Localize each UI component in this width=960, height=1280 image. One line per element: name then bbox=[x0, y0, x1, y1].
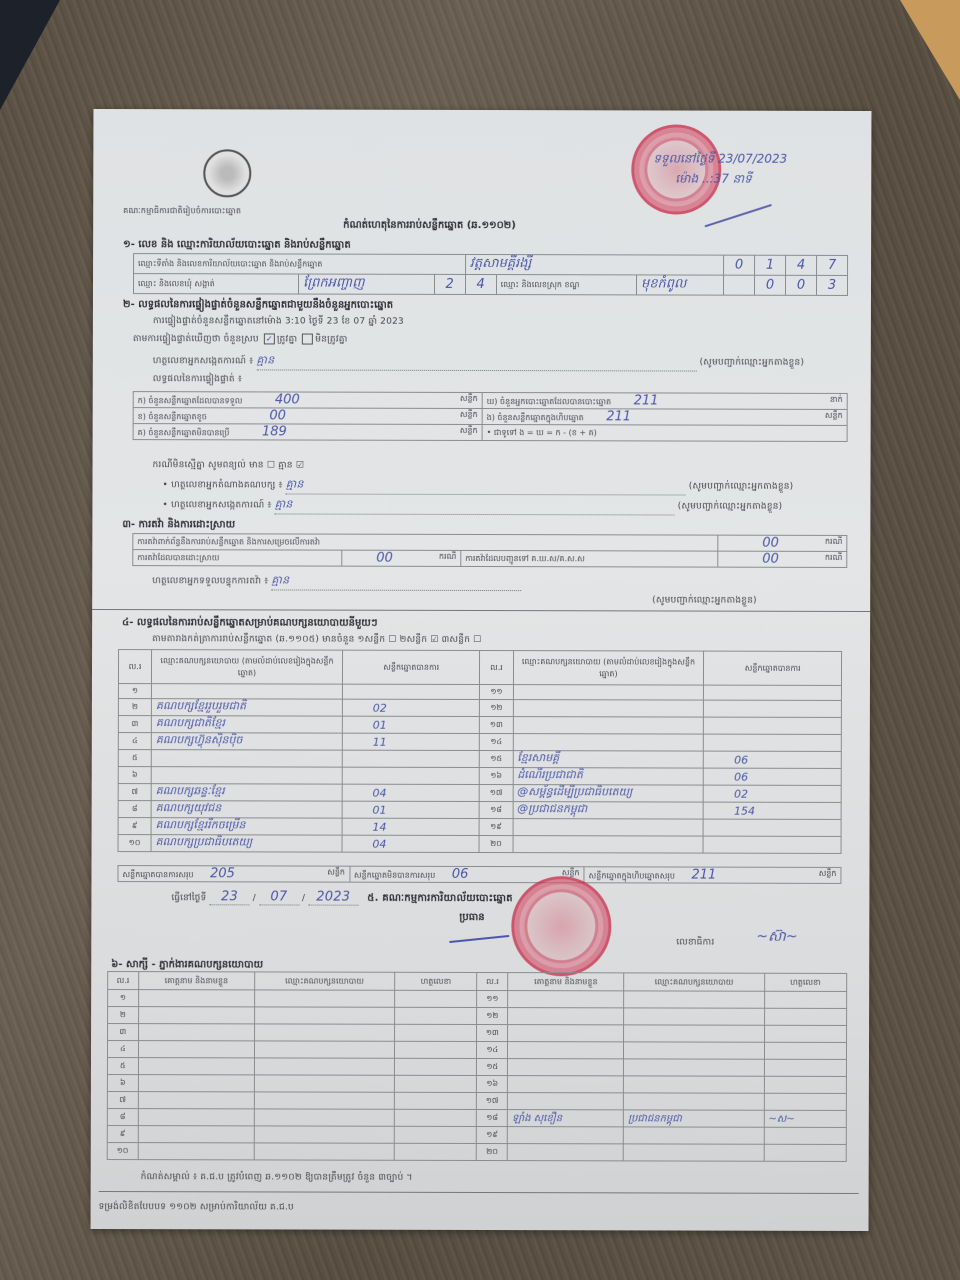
table-row: ៧គណបក្សឆន្ទៈខ្មែរ04១៧@សម្ព័ន្ធដើម្បីប្រជ… bbox=[118, 784, 841, 803]
total-ballots-label: សន្លឹកឆ្នោតក្នុងហិបឆ្នោតសរុប bbox=[589, 871, 675, 880]
party-name: គណបក្សជាតិខ្មែរ bbox=[151, 716, 342, 733]
row-number: ៥ bbox=[107, 1058, 138, 1075]
district-label: ឈ្មោះ និងលេខស្រុក ខណ្ឌ bbox=[496, 275, 636, 295]
verification-intro: លទ្ធផលនៃការផ្ទៀងផ្ទាត់ ៖ bbox=[153, 373, 242, 386]
witness-sign bbox=[764, 1042, 846, 1059]
row-number: ៣ bbox=[118, 716, 151, 733]
party-votes: 02 bbox=[704, 785, 842, 802]
committee-stamp-icon bbox=[511, 876, 611, 976]
col-header-votes: សន្លឹកឆ្នោតបានការ bbox=[342, 650, 480, 684]
commune-code-digit: 2 bbox=[434, 274, 465, 294]
witness-name bbox=[138, 1024, 254, 1041]
row-number: ១០ bbox=[118, 835, 151, 852]
witness-name bbox=[507, 1144, 623, 1161]
party-votes bbox=[342, 684, 480, 699]
count-row-c: គ) ចំនួនសន្លឹកឆ្នោតមិនបានប្រើ 189 សន្លឹក bbox=[133, 424, 482, 441]
col-header-sign: ហត្ថលេខា bbox=[764, 973, 846, 991]
witness-sign bbox=[764, 1059, 846, 1076]
commune-label: ឈ្មោះ និងលេខឃុំ សង្កាត់ bbox=[133, 274, 298, 294]
row-number: ១៧ bbox=[477, 1092, 508, 1109]
party-votes: 02 bbox=[342, 699, 480, 716]
complaints-table: ការតវ៉ាពាក់ព័ន្ធនឹងការរាប់សន្លឹកឆ្នោត និ… bbox=[132, 533, 847, 568]
date-label: ធ្វើនៅថ្ងៃទី bbox=[171, 893, 206, 903]
witness-name bbox=[508, 1076, 624, 1093]
observer2-sign-line: • ហត្ថលេខាអ្នកសង្កេតការណ៍ ៖ គ្មាន (សូមបញ… bbox=[162, 497, 842, 516]
complaint-row1-value-cell: 00 ករណី bbox=[718, 535, 847, 551]
row-number: ៨ bbox=[118, 801, 151, 818]
table-row: ៨១៨ឡាំង សុខឿនប្រជាជនកម្ពុជា~ស~ bbox=[107, 1109, 846, 1128]
count-label: ចំនួនសន្លឹកឆ្នោតដែលបានទទួល bbox=[148, 396, 242, 405]
national-emblem-icon bbox=[203, 149, 251, 197]
explanation-line: ករណីមិនស្មើគ្នា សូមពន្យល់ មាន ☐ គ្មាន ☑ bbox=[153, 459, 305, 472]
receipt-time: ម៉ោង ..:37 នាទី bbox=[675, 171, 752, 189]
spacer-cell bbox=[723, 275, 754, 295]
party-name bbox=[513, 734, 704, 751]
party-name bbox=[151, 767, 342, 784]
table-row: ១០២០ bbox=[107, 1143, 846, 1162]
verification-result-line: តាមការផ្ទៀងផ្ទាត់ឃើញថា ចំនួនស្រប ✓ត្រូវគ… bbox=[133, 333, 348, 347]
total-valid-unit: សន្លឹក bbox=[327, 867, 345, 879]
complaint-row2-value-a-cell: 00 ករណី bbox=[342, 550, 461, 566]
date-day: 23 bbox=[210, 889, 250, 905]
station-info-table: ឈ្មោះទីតាំង និងលេខការិយាល័យបោះឆ្នោត និងរ… bbox=[133, 253, 848, 296]
committee-label: ៥. គណៈកម្មការការិយាល័យបោះឆ្នោត bbox=[367, 893, 512, 904]
party-name: គណបក្សឆន្ទៈខ្មែរ bbox=[151, 784, 342, 801]
mismatch-checkbox[interactable] bbox=[302, 334, 313, 345]
count-value: 00 bbox=[269, 408, 286, 423]
party-votes: 06 bbox=[704, 751, 842, 768]
witness-party bbox=[254, 1007, 394, 1024]
divider bbox=[99, 1191, 859, 1194]
section4-heading: ៤- លទ្ធផលនៃការរាប់សន្លឹកឆ្នោតសម្រាប់គណបក… bbox=[122, 615, 377, 631]
witness-rows: ១១១២១២៣១៣៤១៤៥១៥៦១៦៧១៧៨១៨ឡាំង សុខឿនប្រជាជ… bbox=[107, 990, 846, 1162]
row-number: ៥ bbox=[118, 750, 151, 767]
verification-line-text: ការផ្ទៀងផ្ទាត់ចំនួនសន្លឹកឆ្នោតនៅម៉ោង 3:1… bbox=[153, 316, 404, 327]
signature-stroke bbox=[705, 204, 772, 227]
match-checkbox[interactable]: ✓ bbox=[264, 333, 275, 344]
col-header-sign: ហត្ថលេខា bbox=[395, 972, 477, 990]
party-votes: 06 bbox=[704, 768, 842, 785]
party-name bbox=[151, 684, 342, 699]
row-number: ១៩ bbox=[480, 818, 513, 835]
row-number: ៦ bbox=[107, 1075, 138, 1092]
row-number: ១៥ bbox=[477, 1058, 508, 1075]
row-number: ១ bbox=[118, 684, 151, 699]
party-votes bbox=[342, 767, 480, 784]
row-number: ៩ bbox=[118, 818, 151, 835]
witness-name bbox=[508, 1042, 624, 1059]
table-row: ៧១៧ bbox=[107, 1092, 846, 1111]
section3-heading: ៣- ការតវ៉ា និងការដោះស្រាយ bbox=[122, 517, 235, 532]
count-unit: សន្លឹក bbox=[460, 409, 478, 421]
row-number: ១៨ bbox=[480, 801, 513, 818]
total-ballots-cell: សន្លឹកឆ្នោតក្នុងហិបឆ្នោតសរុប 211 សន្លឹក bbox=[584, 867, 841, 884]
complaint-row2-value-a: 00 bbox=[376, 551, 393, 566]
witness-party bbox=[254, 1075, 394, 1092]
total-ballots-unit: សន្លឹក bbox=[819, 868, 837, 880]
row-number: ៦ bbox=[118, 767, 151, 784]
witness-sign bbox=[395, 1041, 477, 1058]
count-row-a: ក) ចំនួនសន្លឹកឆ្នោតដែលបានទទួល 400 សន្លឹក bbox=[133, 392, 482, 409]
count-label: ចំនួនអ្នកបោះឆ្នោតដែលបានបោះឆ្នោត bbox=[500, 397, 611, 406]
count-unit: សន្លឹក bbox=[460, 393, 478, 405]
row-number: ២ bbox=[108, 1007, 139, 1024]
witness-name bbox=[138, 1007, 254, 1024]
witness-sign bbox=[395, 1024, 477, 1041]
party-votes-table: ល.រ ឈ្មោះគណបក្សនយោបាយ (តាមលំដាប់លេខរៀងក្… bbox=[118, 649, 843, 854]
row-number: ៩ bbox=[107, 1126, 138, 1143]
complaint-row2-label-b: ការតវ៉ាដែលបញ្ជូនទៅ គ.ឃ.ស/គ.ស.ស bbox=[461, 550, 718, 567]
party-votes: 11 bbox=[342, 733, 480, 750]
background-corner bbox=[0, 0, 60, 110]
witness-party bbox=[254, 990, 394, 1007]
col-header-party: ឈ្មោះគណបក្សនយោបាយ bbox=[624, 973, 764, 991]
match-label: ត្រូវគ្នា bbox=[277, 334, 297, 344]
row-number: ១៤ bbox=[477, 1041, 508, 1058]
table-row: ៦១៦ដំណើរប្រជាជាតិ06 bbox=[118, 767, 841, 786]
party-rows: ១១១២គណបក្សខ្មែររួបរួមជាតិ02១២៣គណបក្សជាតិ… bbox=[118, 684, 841, 854]
table-row: ១១១ bbox=[108, 990, 847, 1009]
witness-party bbox=[254, 1024, 394, 1041]
table-row: ៥១៥ខ្មែរសាមគ្គី06 bbox=[118, 750, 841, 769]
row-number: ១៦ bbox=[480, 767, 513, 784]
count-value: 211 bbox=[606, 409, 631, 424]
row-number: ១៧ bbox=[480, 784, 513, 801]
witness-name bbox=[138, 1109, 254, 1126]
witness-name bbox=[138, 1143, 254, 1160]
col-header-votes: សន្លឹកឆ្នោតបានការ bbox=[704, 651, 842, 685]
row-number: ៤ bbox=[118, 733, 151, 750]
witness-name bbox=[508, 991, 624, 1008]
party-name: ដំណើរប្រជាជាតិ bbox=[513, 768, 704, 785]
vote-totals-table: សន្លឹកឆ្នោតបានការសរុប 205 សន្លឹក សន្លឹកឆ… bbox=[117, 865, 841, 884]
count-key: គ bbox=[138, 428, 143, 437]
mismatch-label: មិនត្រូវគ្នា bbox=[315, 335, 347, 345]
observer-sign-line: ហត្ថលេខាអ្នកសង្កេតការណ៍ ៖ គ្មាន (សូមបញ្ជ… bbox=[153, 353, 843, 372]
verification-time-line: ការផ្ទៀងផ្ទាត់ចំនួនសន្លឹកឆ្នោតនៅម៉ោង 3:1… bbox=[153, 315, 404, 329]
form-reference: ទម្រង់លិខិតបែបបទ ១១០២ សម្រាប់ការិយាល័យ គ… bbox=[99, 1201, 294, 1215]
col-header-party: ឈ្មោះគណបក្សនយោបាយ (តាមលំដាប់លេខរៀងក្នុងស… bbox=[513, 651, 704, 685]
footer-note: កំណត់សម្គាល់ ៖ គ.ជ.ប ត្រូវបំពេញ ឆ.១១០២ ឱ… bbox=[141, 1171, 413, 1185]
count-row-b: ខ) ចំនួនសន្លឹកឆ្នោតខូច 00 សន្លឹក bbox=[133, 408, 482, 425]
total-invalid-label: សន្លឹកឆ្នោតមិនបានការសរុប bbox=[354, 871, 435, 880]
table-row: ១០គណបក្សប្រជាធិបតេយ្យ04២០ bbox=[118, 835, 841, 854]
witness-party bbox=[624, 1025, 764, 1042]
total-valid-cell: សន្លឹកឆ្នោតបានការសរុប 205 សន្លឹក bbox=[118, 866, 350, 883]
row-number: ២០ bbox=[479, 835, 512, 852]
org-name: គណៈកម្មាធិការជាតិរៀបចំការបោះឆ្នោត bbox=[123, 205, 241, 217]
count-key: ខ bbox=[138, 412, 143, 421]
complaint-sign-line: ហត្ថលេខាអ្នកទទួលបន្ទុកការតវ៉ា ៖ គ្មាន bbox=[152, 573, 842, 592]
party-name bbox=[513, 685, 704, 700]
party-votes bbox=[704, 717, 842, 734]
party-votes bbox=[703, 836, 841, 853]
witness-sign bbox=[764, 1127, 846, 1144]
witness-sign bbox=[394, 1075, 476, 1092]
col-header-no: ល.រ bbox=[118, 650, 151, 684]
witness-party bbox=[254, 1058, 394, 1075]
station-code-digit: 1 bbox=[755, 255, 786, 275]
station-code-digit: 0 bbox=[724, 255, 755, 275]
party-votes: 04 bbox=[342, 835, 480, 852]
sheet-count-note: តាមតារាងកត់ត្រាការរាប់សន្លឹកឆ្នោត (ឆ.១១០… bbox=[152, 633, 481, 647]
row-number: ២០ bbox=[477, 1143, 508, 1160]
party-name bbox=[513, 717, 704, 734]
observer2-label: • ហត្ថលេខាអ្នកសង្កេតការណ៍ ៖ bbox=[162, 500, 271, 510]
witness-name bbox=[507, 1093, 623, 1110]
party-name bbox=[151, 750, 342, 767]
party-votes: 14 bbox=[342, 818, 480, 835]
count-label: ចំនួនសន្លឹកឆ្នោតក្នុងហិបឆ្នោត bbox=[497, 413, 583, 422]
table-row: ៨គណបក្សយុវជន01១៨@ប្រជាជនកម្ពុជា154 bbox=[118, 801, 841, 820]
table-row: ៦១៦ bbox=[107, 1075, 846, 1094]
total-valid-label: សន្លឹកឆ្នោតបានការសរុប bbox=[122, 870, 193, 879]
witness-party bbox=[254, 1041, 394, 1058]
witness-name bbox=[507, 1127, 623, 1144]
total-valid-value: 205 bbox=[210, 866, 235, 881]
date-month: 07 bbox=[259, 889, 299, 905]
witness-name bbox=[138, 990, 254, 1007]
row-number: ១៤ bbox=[480, 733, 513, 750]
receipt-note: ទទួលនៅថ្ងៃទី 23/07/2023 bbox=[653, 150, 787, 168]
row-number: ១៨ bbox=[477, 1109, 508, 1126]
party-agent-sign-line: • ហត្ថលេខាអ្នកតំណាងគណបក្ស ៖ គ្មាន (សូមបញ… bbox=[162, 477, 842, 496]
witness-sign bbox=[764, 1008, 846, 1025]
tally-form-sheet: គណៈកម្មាធិការជាតិរៀបចំការបោះឆ្នោត កំណត់ហ… bbox=[91, 109, 872, 1231]
party-votes bbox=[704, 685, 842, 700]
count-value: 211 bbox=[634, 393, 659, 408]
witness-name bbox=[508, 1008, 624, 1025]
complaint-row1-value: 00 bbox=[762, 536, 779, 551]
witness-party bbox=[624, 1059, 764, 1076]
table-row: ៩១៩ bbox=[107, 1126, 846, 1145]
party-name bbox=[513, 819, 704, 836]
party-votes bbox=[704, 734, 842, 751]
count-unit: សន្លឹក bbox=[825, 410, 843, 422]
observer-label: ហត្ថលេខាអ្នកសង្កេតការណ៍ ៖ bbox=[153, 356, 254, 366]
party-name: @សម្ព័ន្ធដើម្បីប្រជាធិបតេយ្យ bbox=[513, 785, 704, 802]
total-invalid-value: 06 bbox=[452, 867, 469, 882]
district-code-digit: 0 bbox=[785, 275, 816, 295]
witness-party bbox=[624, 1008, 764, 1025]
witness-name bbox=[508, 1059, 624, 1076]
secretary-label: លេខាធិការ bbox=[676, 937, 714, 950]
document-title: កំណត់ហេតុនៃការរាប់សន្លឹកឆ្នោត (ឆ.១១០២) bbox=[343, 218, 516, 233]
party-name: ខ្មែរសាមគ្គី bbox=[513, 751, 704, 768]
party-name: គណបក្សប្រជាធិបតេយ្យ bbox=[151, 835, 342, 852]
ballot-count-table: ក) ចំនួនសន្លឹកឆ្នោតដែលបានទទួល 400 សន្លឹក… bbox=[133, 391, 848, 442]
table-row: ២គណបក្សខ្មែររួបរួមជាតិ02១២ bbox=[118, 699, 841, 718]
party-votes: 01 bbox=[342, 716, 480, 733]
row-number: ១១ bbox=[477, 990, 508, 1007]
col-header-no: ល.រ bbox=[477, 972, 508, 990]
party-votes: 01 bbox=[342, 801, 480, 818]
table-row: ៤គណបក្សហ៊្វុនស៊ិនប៉ិច11១៤ bbox=[118, 733, 841, 752]
verification-result-text: តាមការផ្ទៀងផ្ទាត់ឃើញថា ចំនួនស្រប bbox=[133, 334, 259, 344]
party-name: គណបក្សយុវជន bbox=[151, 801, 342, 818]
witness-name bbox=[138, 1041, 254, 1058]
witness-name bbox=[138, 1058, 254, 1075]
complaint-sign-value: គ្មាន bbox=[271, 573, 521, 591]
row-number: ១៣ bbox=[480, 716, 513, 733]
count-row-e: ង) ចំនួនសន្លឹកឆ្នោតក្នុងហិបឆ្នោត 211 សន្… bbox=[482, 409, 847, 426]
station-label: ឈ្មោះទីតាំង និងលេខការិយាល័យបោះឆ្នោត និងរ… bbox=[134, 254, 466, 275]
official-stamp-icon bbox=[631, 124, 721, 214]
party-name: គណបក្សខ្មែររួបរួមជាតិ bbox=[151, 699, 342, 716]
row-number: ១២ bbox=[477, 1007, 508, 1024]
witness-sign bbox=[395, 990, 477, 1007]
witness-sign: ~ស~ bbox=[764, 1110, 846, 1127]
complaint-row2-value-b: 00 bbox=[762, 552, 779, 567]
witness-party bbox=[624, 991, 764, 1008]
count-value: 189 bbox=[262, 424, 287, 439]
complaint-row2-unit-b: ករណី bbox=[825, 552, 842, 564]
station-name: វត្តសាមគ្គីរង្សី bbox=[465, 254, 723, 275]
witness-sign bbox=[764, 1076, 846, 1093]
total-ballots-value: 211 bbox=[691, 868, 716, 883]
witness-sign bbox=[764, 1144, 846, 1161]
row-number: ២ bbox=[118, 699, 151, 716]
count-key: ក bbox=[138, 396, 143, 405]
signing-date-line: ធ្វើនៅថ្ងៃទី 23 / 07 / 2023 ៥. គណៈកម្មកា… bbox=[171, 889, 512, 906]
col-header-no: ល.រ bbox=[480, 650, 513, 684]
witness-sign bbox=[764, 1093, 846, 1110]
witness-party bbox=[624, 1042, 764, 1059]
party-votes bbox=[703, 819, 841, 836]
witness-sign bbox=[394, 1143, 476, 1160]
row-number: ១៣ bbox=[477, 1024, 508, 1041]
count-value: 400 bbox=[275, 392, 300, 407]
row-number: ១ bbox=[108, 990, 139, 1007]
complaint-row2-value-b-cell: 00 ករណី bbox=[718, 551, 847, 567]
background-corner-tan bbox=[900, 0, 960, 100]
president-label: ប្រធាន bbox=[459, 910, 484, 925]
col-header-no: ល.រ bbox=[108, 972, 139, 990]
station-code-digit: 4 bbox=[786, 255, 817, 275]
count-key: ង bbox=[487, 413, 492, 422]
district-code-digit: 3 bbox=[816, 275, 847, 295]
witness-party bbox=[254, 1143, 394, 1160]
count-label: ចំនួនសន្លឹកឆ្នោតមិនបានប្រើ bbox=[148, 428, 229, 437]
observer2-suffix: (សូមបញ្ជាក់ឈ្មោះអ្នកតាងខ្លួន) bbox=[678, 502, 783, 512]
district-name: មុខកំពូល bbox=[636, 275, 723, 295]
witness-party bbox=[623, 1144, 763, 1161]
witness-party bbox=[254, 1126, 394, 1143]
row-number: ៨ bbox=[107, 1109, 138, 1126]
complaint-row1-label: ការតវ៉ាពាក់ព័ន្ធនឹងការរាប់សន្លឹកឆ្នោត និ… bbox=[133, 534, 718, 552]
divider bbox=[92, 609, 870, 612]
party-name bbox=[513, 700, 704, 717]
col-header-party: ឈ្មោះគណបក្សនយោបាយ (តាមលំដាប់លេខរៀងក្នុងស… bbox=[152, 650, 343, 684]
president-signature bbox=[449, 935, 509, 943]
party-votes bbox=[704, 700, 842, 717]
count-label: ចំនួនសន្លឹកឆ្នោតខូច bbox=[148, 412, 206, 421]
complaint-row2-label-a: ការតវ៉ាដែលបានដោះស្រាយ bbox=[133, 550, 342, 567]
col-header-name: គោត្តនាម និងនាមខ្លួន bbox=[138, 972, 254, 990]
party-name bbox=[513, 836, 704, 853]
section1-heading: ១- លេខ និង ឈ្មោះការិយាល័យបោះឆ្នោត និងរាប… bbox=[123, 237, 351, 253]
observer-suffix: (សូមបញ្ជាក់ឈ្មោះអ្នកតាងខ្លួន) bbox=[700, 358, 805, 368]
count-row-d: ឃ) ចំនួនអ្នកបោះឆ្នោតដែលបានបោះឆ្នោត 211 ន… bbox=[482, 393, 847, 410]
witness-party bbox=[624, 1076, 764, 1093]
complaint-sign-suffix: (សូមបញ្ជាក់ឈ្មោះអ្នកតាងខ្លួន) bbox=[652, 594, 757, 607]
party-agent-suffix: (សូមបញ្ជាក់ឈ្មោះអ្នកតាងខ្លួន) bbox=[689, 482, 794, 492]
witness-name bbox=[138, 1126, 254, 1143]
formula-cell: • ជាទូទៅ ង = ឃ = ក - (ខ + គ) bbox=[482, 425, 847, 442]
observer-value: គ្មាន bbox=[256, 353, 696, 371]
row-number: ៧ bbox=[107, 1092, 138, 1109]
col-header-party: ឈ្មោះគណបក្សនយោបាយ bbox=[254, 972, 394, 990]
col-header-name: គោត្តនាម និងនាមខ្លួន bbox=[508, 973, 624, 991]
row-number: ៣ bbox=[108, 1024, 139, 1041]
station-code-digit: 7 bbox=[817, 255, 848, 275]
witness-party bbox=[254, 1092, 394, 1109]
witness-sign bbox=[395, 1058, 477, 1075]
row-number: ១០ bbox=[107, 1143, 138, 1160]
witness-table: ល.រ គោត្តនាម និងនាមខ្លួន ឈ្មោះគណបក្សនយោប… bbox=[107, 971, 847, 1162]
witness-name bbox=[138, 1092, 254, 1109]
party-votes: 04 bbox=[342, 784, 480, 801]
secretary-signature: ~ស៊ា~ bbox=[756, 927, 797, 948]
count-unit: សន្លឹក bbox=[460, 425, 478, 437]
row-number: ១២ bbox=[480, 699, 513, 716]
commune-name: ព្រែកអញ្ចាញ bbox=[299, 274, 435, 294]
witness-sign bbox=[394, 1092, 476, 1109]
witness-name bbox=[138, 1075, 254, 1092]
witness-sign bbox=[764, 1025, 846, 1042]
district-code-digit: 0 bbox=[754, 275, 785, 295]
count-key: ឃ bbox=[487, 397, 495, 406]
witness-party bbox=[254, 1109, 394, 1126]
row-number: ១១ bbox=[480, 684, 513, 699]
party-name: គណបក្សខ្មែររីកចម្រើន bbox=[151, 818, 342, 835]
party-agent-value: គ្មាន bbox=[286, 477, 686, 495]
complaint-sign-label: ហត្ថលេខាអ្នកទទួលបន្ទុកការតវ៉ា ៖ bbox=[152, 576, 268, 586]
row-number: ១៥ bbox=[480, 750, 513, 767]
section2-heading: ២- លទ្ធផលនៃការផ្ទៀងផ្ទាត់ចំនួនសន្លឹកឆ្នោ… bbox=[123, 297, 393, 313]
row-number: ៤ bbox=[107, 1041, 138, 1058]
witness-sign bbox=[394, 1126, 476, 1143]
witness-sign bbox=[394, 1109, 476, 1126]
table-row: ២១២ bbox=[108, 1007, 847, 1026]
table-row: ៤១៤ bbox=[107, 1041, 846, 1060]
witness-party bbox=[624, 1093, 764, 1110]
complaint-row1-unit: ករណី bbox=[825, 536, 842, 548]
witness-party bbox=[623, 1127, 763, 1144]
party-name: @ប្រជាជនកម្ពុជា bbox=[513, 802, 704, 819]
date-year: 2023 bbox=[308, 890, 358, 906]
party-agent-label: • ហត្ថលេខាអ្នកតំណាងគណបក្ស ៖ bbox=[162, 480, 282, 490]
witness-name bbox=[508, 1025, 624, 1042]
party-votes: 154 bbox=[704, 802, 842, 819]
row-number: ១៩ bbox=[477, 1126, 508, 1143]
party-name: គណបក្សហ៊្វុនស៊ិនប៉ិច bbox=[151, 733, 342, 750]
count-unit: នាក់ bbox=[830, 394, 843, 406]
table-row: ៥១៥ bbox=[107, 1058, 846, 1077]
commune-code-digit: 4 bbox=[465, 274, 496, 294]
complaint-row2-unit-a: ករណី bbox=[439, 551, 456, 563]
witness-sign bbox=[395, 1007, 477, 1024]
table-row: ៣គណបក្សជាតិខ្មែរ01១៣ bbox=[118, 716, 841, 735]
table-row: ៩គណបក្សខ្មែររីកចម្រើន14១៩ bbox=[118, 818, 841, 837]
party-votes bbox=[342, 750, 480, 767]
witness-party: ប្រជាជនកម្ពុជា bbox=[624, 1110, 764, 1127]
witness-name: ឡាំង សុខឿន bbox=[507, 1110, 623, 1127]
witness-sign bbox=[764, 991, 846, 1008]
row-number: ៧ bbox=[118, 784, 151, 801]
table-row: ៣១៣ bbox=[108, 1024, 847, 1043]
observer2-value: គ្មាន bbox=[275, 497, 675, 515]
